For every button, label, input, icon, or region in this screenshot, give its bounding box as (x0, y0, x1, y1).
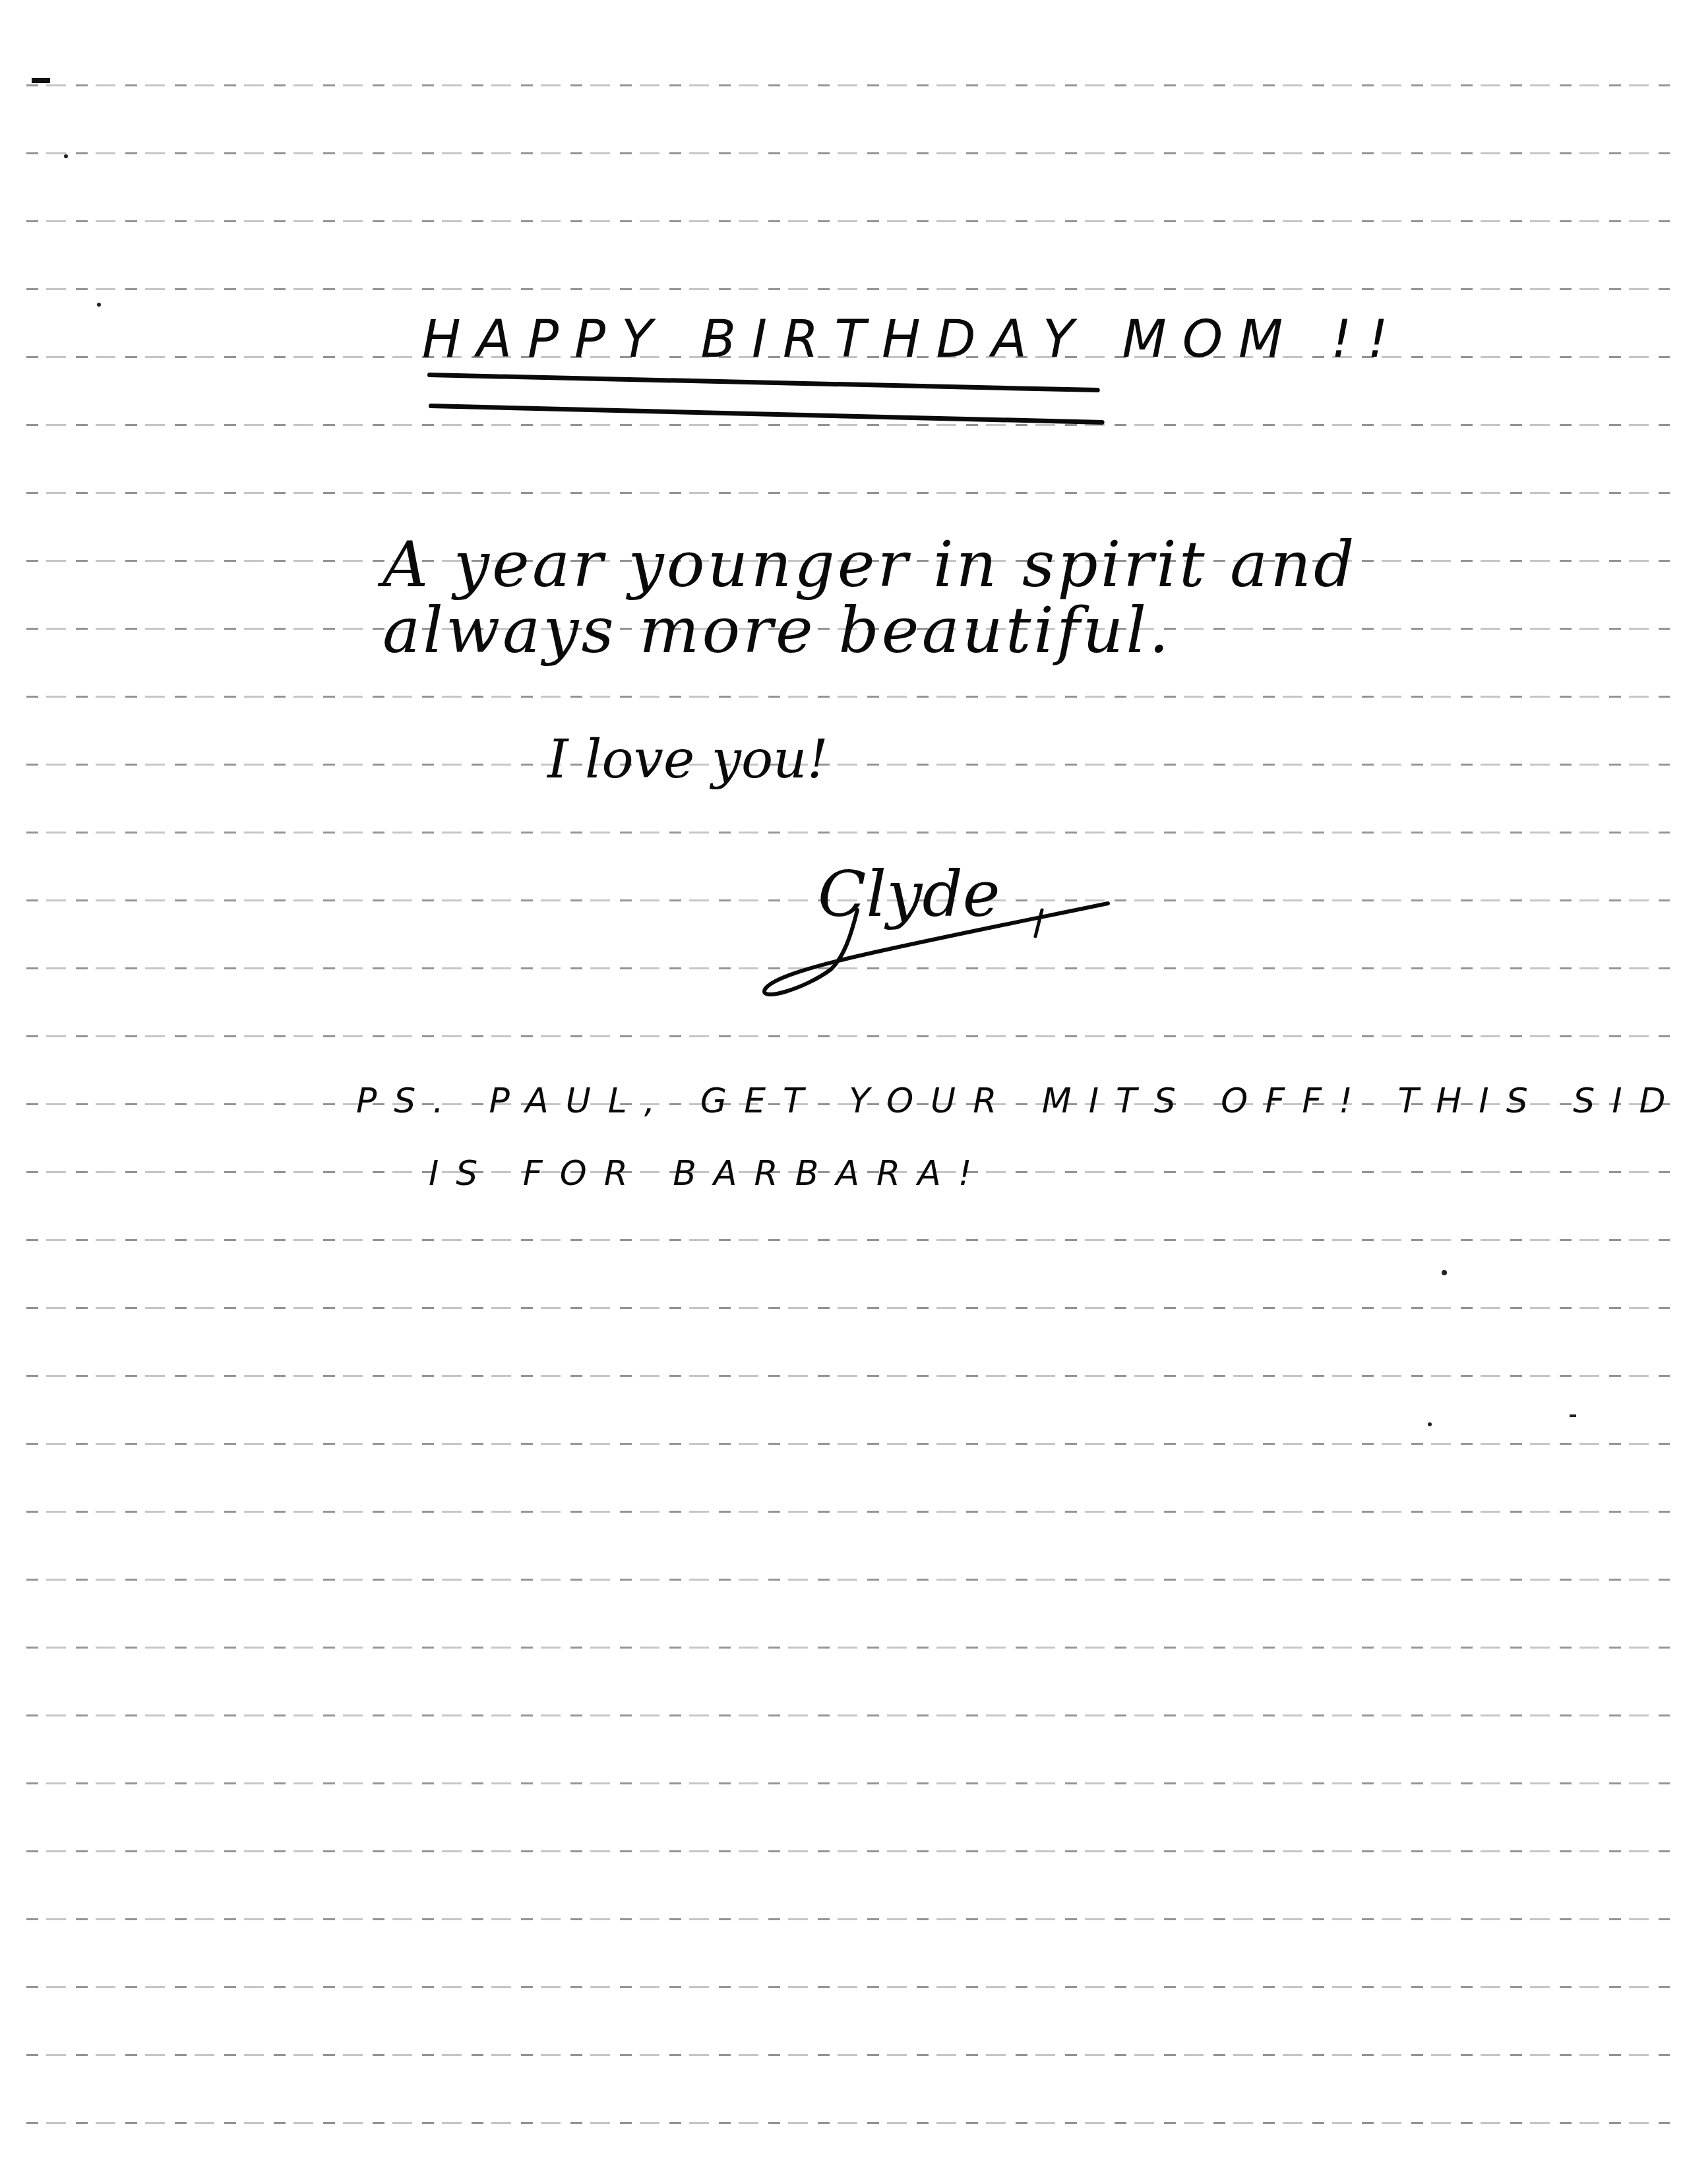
scan-specks (0, 0, 1683, 2184)
lined-paper-page: HAPPY BIRTHDAY MOM !! A year younger in … (0, 0, 1683, 2184)
